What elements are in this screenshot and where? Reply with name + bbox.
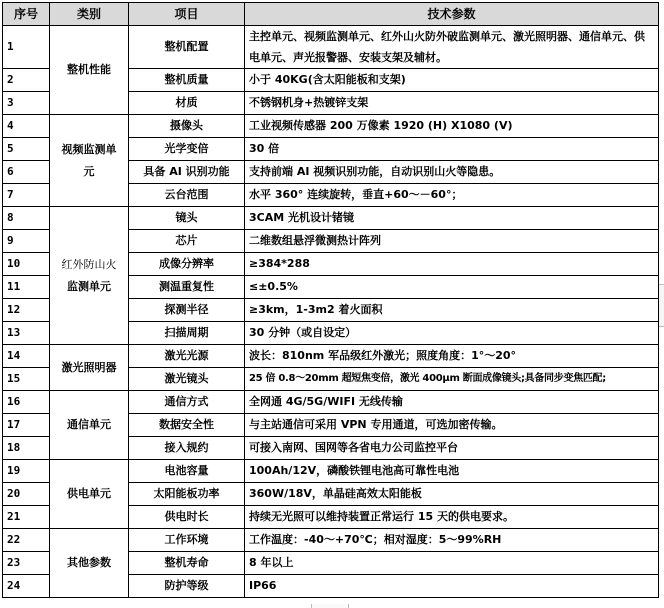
header-row: 序号 类别 项目 技术参数 — [3, 3, 659, 26]
row-number: 8 — [3, 207, 50, 230]
row-number: 15 — [3, 368, 50, 391]
item-cell: 摄像头 — [129, 115, 245, 138]
item-cell: 接入规约 — [129, 437, 245, 460]
row-number: 12 — [3, 299, 50, 322]
row-number: 19 — [3, 460, 50, 483]
row-number: 3 — [3, 92, 50, 115]
table-row: 8 红外防山火 监测单元 镜头 3CAM 光机设计锗镜 — [3, 207, 659, 230]
row-number: 6 — [3, 161, 50, 184]
param-cell: 不锈钢机身+热镀锌支架 — [245, 92, 659, 115]
param-cell: 与主站通信可采用 VPN 专用通道，可选加密传输。 — [245, 414, 659, 437]
category-cell: 供电单元 — [50, 460, 129, 529]
row-number: 16 — [3, 391, 50, 414]
row-number: 5 — [3, 138, 50, 161]
param-cell: 水平 360° 连续旋转，垂直+60～－60°； — [245, 184, 659, 207]
param-cell: 主控单元、视频监测单元、红外山火防外破监测单元、激光照明器、通信单元、供电单元、… — [245, 26, 659, 69]
param-cell: 360W/18V，单晶硅高效太阳能板 — [245, 483, 659, 506]
row-number: 14 — [3, 345, 50, 368]
table-row: 1 整机性能 整机配置 主控单元、视频监测单元、红外山火防外破监测单元、激光照明… — [3, 26, 659, 69]
item-cell: 探测半径 — [129, 299, 245, 322]
item-cell: 整机配置 — [129, 26, 245, 69]
row-number: 13 — [3, 322, 50, 345]
row-number: 9 — [3, 230, 50, 253]
category-cell: 视频监测单 元 — [50, 115, 129, 207]
category-line: 红外防山火 — [54, 254, 124, 276]
param-cell: 工作温度：-40～+70℃；相对湿度：5～99%RH — [245, 529, 659, 552]
param-cell: 全网通 4G/5G/WIFI 无线传输 — [245, 391, 659, 414]
item-cell: 太阳能板功率 — [129, 483, 245, 506]
table-row: 4 视频监测单 元 摄像头 工业视频传感器 200 万像素 1920 (H) X… — [3, 115, 659, 138]
param-cell: ≤±0.5% — [245, 276, 659, 299]
item-cell: 材质 — [129, 92, 245, 115]
header-category: 类别 — [50, 3, 129, 26]
item-cell: 通信方式 — [129, 391, 245, 414]
row-number: 1 — [3, 26, 50, 69]
edge-artifact — [311, 604, 349, 608]
category-cell: 其他参数 — [50, 529, 129, 598]
param-cell: 8 年以上 — [245, 552, 659, 575]
row-number: 11 — [3, 276, 50, 299]
param-cell: 可接入南网、国网等各省电力公司监控平台 — [245, 437, 659, 460]
item-cell: 工作环境 — [129, 529, 245, 552]
row-number: 23 — [3, 552, 50, 575]
category-cell: 整机性能 — [50, 26, 129, 115]
edge-artifact — [659, 284, 664, 327]
param-cell: 二维数组悬浮微测热计阵列 — [245, 230, 659, 253]
table-row: 16 通信单元 通信方式 全网通 4G/5G/WIFI 无线传输 — [3, 391, 659, 414]
item-cell: 成像分辨率 — [129, 253, 245, 276]
row-number: 2 — [3, 69, 50, 92]
category-cell: 通信单元 — [50, 391, 129, 460]
param-cell: 工业视频传感器 200 万像素 1920 (H) X1080 (V) — [245, 115, 659, 138]
row-number: 24 — [3, 575, 50, 598]
row-number: 21 — [3, 506, 50, 529]
item-cell: 整机质量 — [129, 69, 245, 92]
category-line: 视频监测单 — [54, 139, 124, 161]
item-cell: 测温重复性 — [129, 276, 245, 299]
item-cell: 整机寿命 — [129, 552, 245, 575]
param-cell: 30 分钟（或自设定） — [245, 322, 659, 345]
param-cell: 小于 40KG(含太阳能板和支架) — [245, 69, 659, 92]
param-cell: 30 倍 — [245, 138, 659, 161]
param-cell: ≥384*288 — [245, 253, 659, 276]
item-cell: 数据安全性 — [129, 414, 245, 437]
item-cell: 电池容量 — [129, 460, 245, 483]
param-cell: 25 倍 0.8～20mm 超短焦变倍，激光 400μm 断面成像镜头;具备同步… — [245, 368, 659, 391]
item-cell: 具备 AI 识别功能 — [129, 161, 245, 184]
item-cell: 光学变倍 — [129, 138, 245, 161]
item-cell: 供电时长 — [129, 506, 245, 529]
category-cell: 激光照明器 — [50, 345, 129, 391]
item-cell: 云台范围 — [129, 184, 245, 207]
param-cell: IP66 — [245, 575, 659, 598]
param-cell: 波长：810nm 军品级红外激光；照度角度：1°～20° — [245, 345, 659, 368]
category-cell: 红外防山火 监测单元 — [50, 207, 129, 345]
row-number: 4 — [3, 115, 50, 138]
table-row: 14 激光照明器 激光光源 波长：810nm 军品级红外激光；照度角度：1°～2… — [3, 345, 659, 368]
category-line: 监测单元 — [54, 276, 124, 298]
param-cell: 100Ah/12V，磷酸铁锂电池高可靠性电池 — [245, 460, 659, 483]
row-number: 17 — [3, 414, 50, 437]
tech-spec-table: 序号 类别 项目 技术参数 1 整机性能 整机配置 主控单元、视频监测单元、红外… — [2, 2, 659, 598]
item-cell: 激光光源 — [129, 345, 245, 368]
row-number: 7 — [3, 184, 50, 207]
param-cell: 持续无光照可以维持装置正常运行 15 天的供电要求。 — [245, 506, 659, 529]
header-params: 技术参数 — [245, 3, 659, 26]
item-cell: 芯片 — [129, 230, 245, 253]
header-item: 项目 — [129, 3, 245, 26]
item-cell: 激光镜头 — [129, 368, 245, 391]
header-no: 序号 — [3, 3, 50, 26]
item-cell: 镜头 — [129, 207, 245, 230]
row-number: 18 — [3, 437, 50, 460]
table-row: 19 供电单元 电池容量 100Ah/12V，磷酸铁锂电池高可靠性电池 — [3, 460, 659, 483]
row-number: 22 — [3, 529, 50, 552]
row-number: 20 — [3, 483, 50, 506]
param-cell: 3CAM 光机设计锗镜 — [245, 207, 659, 230]
category-line: 元 — [54, 161, 124, 183]
param-cell: ≥3km，1-3m2 着火面积 — [245, 299, 659, 322]
item-cell: 扫描周期 — [129, 322, 245, 345]
row-number: 10 — [3, 253, 50, 276]
param-cell: 支持前端 AI 视频识别功能，自动识别山火等隐患。 — [245, 161, 659, 184]
table-row: 22 其他参数 工作环境 工作温度：-40～+70℃；相对湿度：5～99%RH — [3, 529, 659, 552]
item-cell: 防护等级 — [129, 575, 245, 598]
